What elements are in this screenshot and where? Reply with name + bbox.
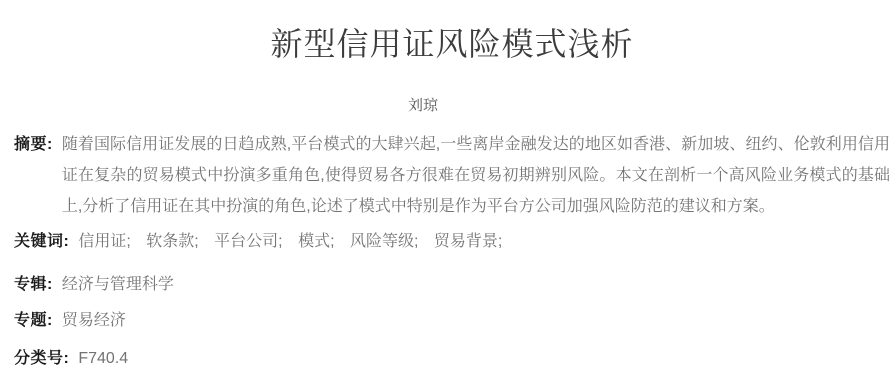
keyword-item: 软条款; <box>146 231 198 253</box>
paper-abstract-page: 新型信用证风险模式浅析 刘琼 摘要: 随着国际信用证发展的日趋成熟,平台模式的大… <box>0 0 896 383</box>
keywords-label: 关键词: <box>14 231 69 253</box>
topic-label: 专题: <box>14 310 53 332</box>
album-label: 专辑: <box>14 274 53 296</box>
keyword-item: 贸易背景; <box>434 231 502 253</box>
paper-title: 新型信用证风险模式浅析 <box>14 26 890 62</box>
keywords-list: 信用证; 软条款; 平台公司; 模式; 风险等级; 贸易背景; <box>78 231 890 253</box>
keywords-row: 关键词: 信用证; 软条款; 平台公司; 模式; 风险等级; 贸易背景; <box>14 231 890 253</box>
classification-label: 分类号: <box>14 348 69 370</box>
abstract-row: 摘要: 随着国际信用证发展的日趋成熟,平台模式的大肆兴起,一些离岸金融发达的地区… <box>14 129 890 222</box>
topic-row: 专题: 贸易经济 <box>14 310 890 332</box>
keyword-item: 模式; <box>298 231 334 253</box>
abstract-label: 摘要: <box>14 129 53 160</box>
album-value: 经济与管理科学 <box>62 274 174 296</box>
classification-row: 分类号: F740.4 <box>14 348 890 370</box>
keyword-item: 信用证; <box>78 231 130 253</box>
keyword-item: 风险等级; <box>350 231 418 253</box>
album-row: 专辑: 经济与管理科学 <box>14 274 890 296</box>
keyword-item: 平台公司; <box>214 231 282 253</box>
abstract-text: 随着国际信用证发展的日趋成熟,平台模式的大肆兴起,一些离岸金融发达的地区如香港、… <box>62 129 890 222</box>
classification-value: F740.4 <box>78 348 128 370</box>
paper-author: 刘琼 <box>0 95 861 116</box>
topic-value: 贸易经济 <box>62 310 126 332</box>
